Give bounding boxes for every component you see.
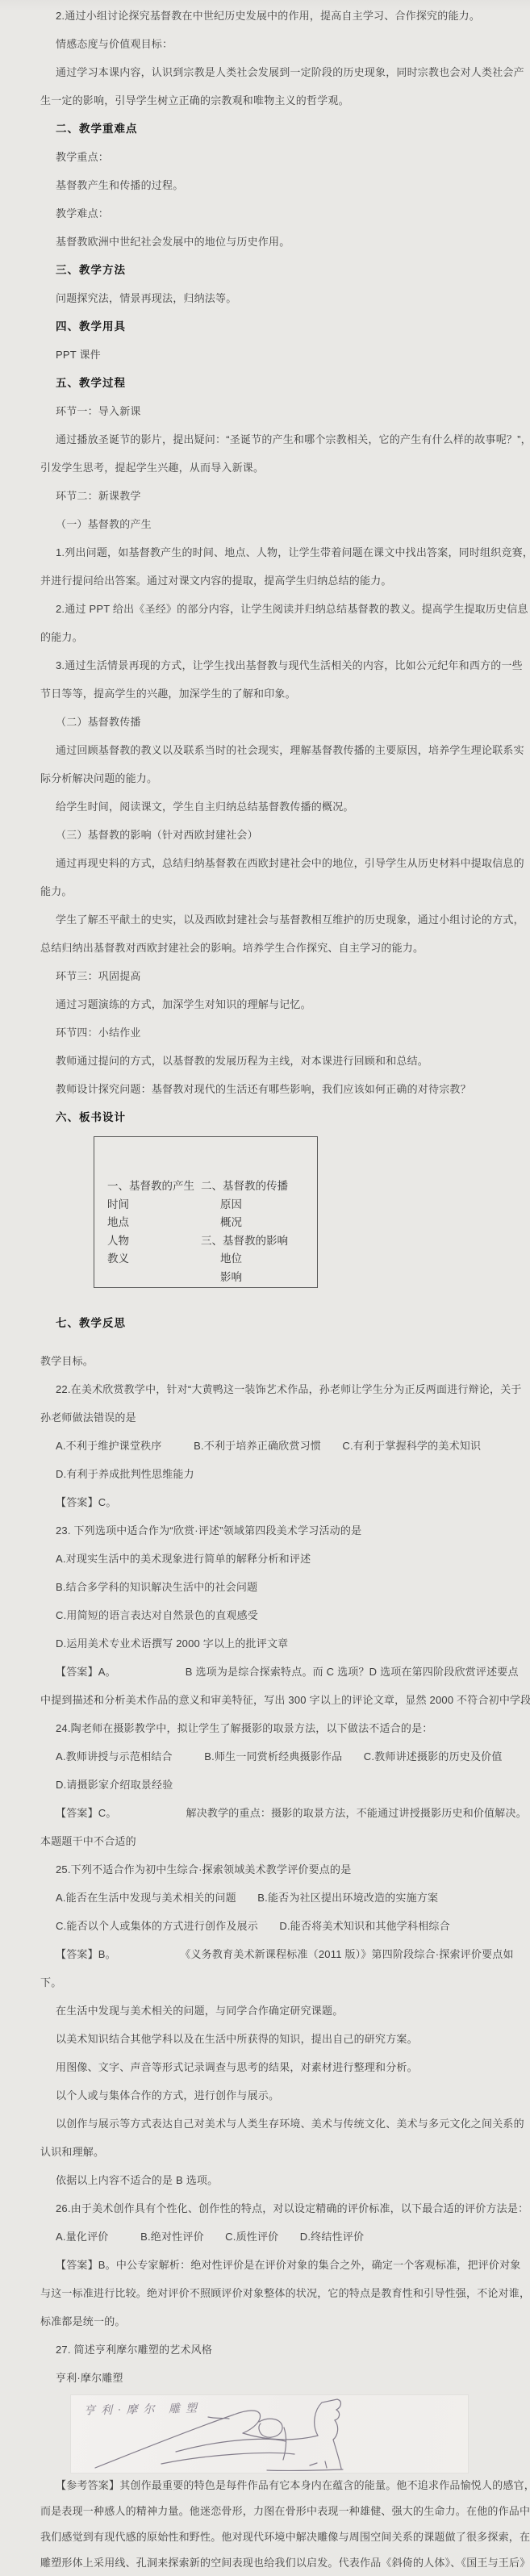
- doc-line: 以创作与展示等方式表达自己对美术与人类生存环境、美术与传统文化、美术与多元文化之…: [40, 2110, 495, 2138]
- doc-line: 总结归纳出基督教对西欧封建社会的影响。培养学生合作探究、自主学习的能力。: [40, 934, 495, 962]
- questions-section: 22.在美术欣赏教学中，针对“大黄鸭这一装饰艺术作品，孙老师让学生分为正反两面进…: [40, 1375, 495, 2392]
- doc-line: 23. 下列选项中适合作为“欣赏·评述”领域第四段美术学习活动的是: [40, 1516, 495, 1545]
- doc-line: 下。: [40, 1968, 495, 1997]
- doc-line: 26.由于美术创作具有个性化、创作性的特点，对以设定精确的评价标准，以下最合适的…: [40, 2194, 495, 2223]
- doc-line: 我们感觉到有现代感的原始性和野性。他对现代环境中解决雕像与周围空间关系的课题做了…: [40, 2524, 495, 2550]
- doc-line: （二）基督教传播: [40, 708, 495, 736]
- doc-line: 【答案】A。 B 选项为是综合探索特点。而 C 选项？D 选项在第四阶段欣赏评述…: [40, 1658, 495, 1686]
- doc-line: 际分析解决问题的能力。: [40, 764, 495, 792]
- board-item: 教义: [107, 1250, 201, 1269]
- doc-line: D.运用美术专业术语撰写 2000 字以上的批评文章: [40, 1629, 495, 1658]
- doc-line: A.能否在生活中发现与美术相关的问题 B.能否为社区提出环境改造的实施方案: [40, 1884, 495, 1912]
- doc-line: 用图像、文字、声音等形式记录调查与思考的结果，对素材进行整理和分析。: [40, 2053, 495, 2081]
- doc-line: 本题题干中不合适的: [40, 1827, 495, 1855]
- board-item: 影响: [201, 1269, 317, 1287]
- doc-line: 亨利·摩尔雕塑: [40, 2364, 495, 2392]
- document-page: 2.通过小组讨论探究基督教在中世纪历史发展中的作用，提高自主学习、合作探究的能力…: [0, 0, 530, 2576]
- doc-line: A.量化评价 B.绝对性评价 C.质性评价 D.终结性评价: [40, 2223, 495, 2251]
- board-item: 一、基督教的产生: [107, 1177, 201, 1196]
- doc-line: A.教师讲授与示范相结合 B.师生一同赏析经典摄影作品 C.教师讲述摄影的历史及…: [40, 1742, 495, 1771]
- section-heading: 五、教学过程: [40, 369, 495, 397]
- doc-line: 雕塑形体上采用线、孔洞来探索新的空间表现也给我们以启发。代表作品《斜倚的人体》、…: [40, 2550, 495, 2576]
- board-item: 原因: [201, 1196, 317, 1215]
- doc-line: C.用简短的语言表达对自然景色的直观感受: [40, 1601, 495, 1629]
- doc-line: 通过再现史料的方式，总结归纳基督教在西欧封建社会中的地位，引导学生从历史材料中提…: [40, 849, 495, 877]
- doc-line: 引发学生思考，提起学生兴趣，从而导入新课。: [40, 454, 495, 482]
- doc-line: 环节三：巩固提高: [40, 962, 495, 990]
- board-item: 二、基督教的传播: [201, 1177, 317, 1196]
- doc-line: 3.通过生活情景再现的方式，让学生找出基督教与现代生活相关的内容，比如公元纪年和…: [40, 651, 495, 680]
- doc-line: 依据以上内容不适合的是 B 选项。: [40, 2166, 495, 2194]
- doc-line: 2.通过 PPT 给出《圣经》的部分内容，让学生阅读并归纳总结基督教的教义。提高…: [40, 595, 495, 623]
- doc-line: 情感态度与价值观目标：: [40, 30, 495, 58]
- board-left-column: 一、基督教的产生时间地点人物教义: [94, 1177, 201, 1287]
- doc-line: 环节一：导入新课: [40, 397, 495, 425]
- doc-line: 教学难点：: [40, 199, 495, 228]
- doc-line: 的能力。: [40, 623, 495, 651]
- doc-line: 而是表现一种感人的精神力量。他迷恋骨形，力图在骨形中表现一种雄健、强大的生命力。…: [40, 2499, 495, 2524]
- doc-line: 在生活中发现与美术相关的问题，与同学合作确定研究课题。: [40, 1997, 495, 2025]
- sketch-handwriting-caption: 亨利·摩尔 雕塑: [84, 2399, 202, 2418]
- doc-line: 教学目标。: [40, 1347, 495, 1375]
- doc-line: 标准都是统一的。: [40, 2307, 495, 2336]
- doc-line: 中提到描述和分析美术作品的意义和审美特征，写出 300 字以上的评论文章，显然 …: [40, 1686, 495, 1714]
- doc-line: 25.下列不适合作为初中生综合·探索领域美术教学评价要点的是: [40, 1855, 495, 1884]
- section-heading: 四、教学用具: [40, 312, 495, 341]
- board-design-box: 一、基督教的产生时间地点人物教义 二、基督教的传播原因概况三、基督教的影响地位影…: [94, 1136, 318, 1288]
- doc-line: （三）基督教的影响（针对西欧封建社会）: [40, 821, 495, 849]
- doc-line: 通过学习本课内容，认识到宗教是人类社会发展到一定阶段的历史现象，同时宗教也会对人…: [40, 58, 495, 86]
- board-item: 地点: [107, 1214, 201, 1232]
- doc-line: 孙老师做法错误的是: [40, 1403, 495, 1432]
- section-heading-reflection: 七、教学反思: [40, 1309, 495, 1337]
- doc-line: 【答案】B。 《义务教育美术新课程标准（2011 版）》第四阶段综合·探索评价要…: [40, 1940, 495, 1968]
- section-heading: 二、教学重难点: [40, 115, 495, 143]
- board-item: 时间: [107, 1196, 201, 1215]
- doc-line: 22.在美术欣赏教学中，针对“大黄鸭这一装饰艺术作品，孙老师让学生分为正反两面进…: [40, 1375, 495, 1403]
- doc-line: 以个人或与集体合作的方式，进行创作与展示。: [40, 2081, 495, 2110]
- doc-line: PPT 课件: [40, 341, 495, 369]
- doc-line: 通过习题演练的方式，加深学生对知识的理解与记忆。: [40, 990, 495, 1018]
- doc-line: 与这一标准进行比较。绝对评价不照顾评价对象整体的状况，它的特点是教育性和引导性强…: [40, 2279, 495, 2307]
- doc-line: A.不利于维护课堂秩序 B.不利于培养正确欣赏习惯 C.有利于掌握科学的美术知识: [40, 1432, 495, 1460]
- doc-line: 27. 简述亨利摩尔雕塑的艺术风格: [40, 2336, 495, 2364]
- doc-line: 通过回顾基督教的教义以及联系当时的社会现实，理解基督教传播的主要原因，培养学生理…: [40, 736, 495, 764]
- doc-line: A.对现实生活中的美术现象进行简单的解释分析和评述: [40, 1545, 495, 1573]
- doc-line: D.有利于养成批判性思维能力: [40, 1460, 495, 1488]
- doc-line: 环节四：小结作业: [40, 1018, 495, 1047]
- doc-line: 给学生时间，阅读课文，学生自主归纳总结基督教传播的概况。: [40, 792, 495, 821]
- doc-line: 并进行提问给出答案。通过对课文内容的提取，提高学生归纳总结的能力。: [40, 567, 495, 595]
- doc-line: 教师通过提问的方式，以基督教的发展历程为主线，对本课进行回顾和和总结。: [40, 1047, 495, 1075]
- moore-sketch-image: 亨利·摩尔 雕塑: [71, 2395, 468, 2473]
- board-item: 概况: [201, 1214, 317, 1232]
- doc-line: 1.列出问题，如基督教产生的时间、地点、人物，让学生带着问题在课文中找出答案，同…: [40, 538, 495, 567]
- doc-line: D.请摄影家介绍取景经验: [40, 1771, 495, 1799]
- doc-line: 通过播放圣诞节的影片，提出疑问：“圣诞节的产生和哪个宗教相关，它的产生有什么样的…: [40, 425, 495, 454]
- board-right-column: 二、基督教的传播原因概况三、基督教的影响地位影响: [201, 1177, 317, 1287]
- doc-line: 【参考答案】其创作最重要的特色是每件作品有它本身内在蕴含的能量。他不追求作品愉悦…: [40, 2473, 495, 2499]
- doc-line: 节日等等，提高学生的兴趣，加深学生的了解和印象。: [40, 680, 495, 708]
- doc-line: 基督教欧洲中世纪社会发展中的地位与历史作用。: [40, 228, 495, 256]
- doc-line: B.结合多学科的知识解决生活中的社会问题: [40, 1573, 495, 1601]
- doc-line: 教学重点：: [40, 143, 495, 171]
- section-heading: 六、板书设计: [40, 1103, 495, 1131]
- doc-line: C.能否以个人或集体的方式进行创作及展示 D.能否将美术知识和其他学科相综合: [40, 1912, 495, 1940]
- board-item: 人物: [107, 1232, 201, 1251]
- doc-line: 以美术知识结合其他学科以及在生活中所获得的知识，提出自己的研究方案。: [40, 2025, 495, 2053]
- reference-answer-section: 【参考答案】其创作最重要的特色是每件作品有它本身内在蕴含的能量。他不追求作品愉悦…: [40, 2473, 495, 2576]
- doc-line: 【答案】C。 解决教学的重点：摄影的取景方法，不能通过讲授摄影历史和价值解决。: [40, 1799, 495, 1827]
- doc-line: （一）基督教的产生: [40, 510, 495, 538]
- doc-line: 【答案】B。中公专家解析：绝对性评价是在评价对象的集合之外，确定一个客观标准，把…: [40, 2251, 495, 2279]
- doc-line: 认识和理解。: [40, 2138, 495, 2166]
- doc-line: 【答案】C。: [40, 1488, 495, 1516]
- doc-line: 学生了解丕平献土的史实，以及西欧封建社会与基督教相互维护的历史现象，通过小组讨论…: [40, 905, 495, 934]
- doc-line: 能力。: [40, 877, 495, 905]
- doc-line: 基督教产生和传播的过程。: [40, 171, 495, 199]
- doc-line: 2.通过小组讨论探究基督教在中世纪历史发展中的作用，提高自主学习、合作探究的能力…: [40, 2, 495, 30]
- doc-line: 生一定的影响，引导学生树立正确的宗教观和唯物主义的哲学观。: [40, 86, 495, 115]
- board-item: 地位: [201, 1250, 317, 1269]
- doc-line: 教师设计探究问题：基督教对现代的生活还有哪些影响，我们应该如何正确的对待宗教？: [40, 1075, 495, 1103]
- board-item: 三、基督教的影响: [201, 1232, 317, 1251]
- doc-line: 环节二：新课教学: [40, 482, 495, 510]
- section-heading: 三、教学方法: [40, 256, 495, 284]
- lesson-plan-section: 2.通过小组讨论探究基督教在中世纪历史发展中的作用，提高自主学习、合作探究的能力…: [40, 2, 495, 1131]
- doc-line: 问题探究法，情景再现法，归纳法等。: [40, 284, 495, 312]
- doc-line: 24.陶老师在摄影教学中，拟让学生了解摄影的取景方法，以下做法不适合的是：: [40, 1714, 495, 1742]
